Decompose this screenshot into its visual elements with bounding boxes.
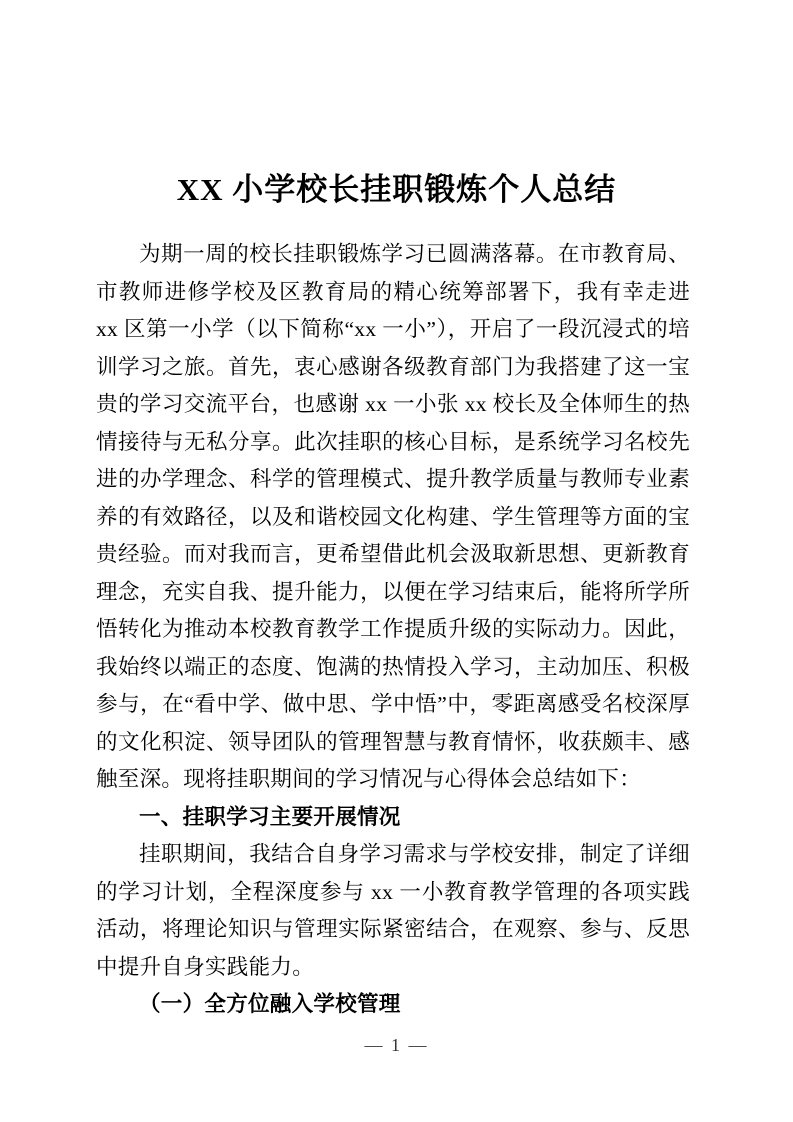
document-page: XX 小学校长挂职锻炼个人总结 为期一周的校长挂职锻炼学习已圆满落幕。在市教育局… (0, 0, 793, 1122)
page-number: — 1 — (0, 1033, 793, 1057)
subsection-heading-1-1: （一）全方位融入学校管理 (96, 986, 690, 1024)
document-body: 为期一周的校长挂职锻炼学习已圆满落幕。在市教育局、市教师进修学校及区教育局的精心… (96, 236, 690, 1024)
paragraph-section-1: 挂职期间，我结合自身学习需求与学校安排，制定了详细的学习计划，全程深度参与 xx… (96, 836, 690, 986)
section-heading-1: 一、挂职学习主要开展情况 (96, 799, 690, 837)
document-title: XX 小学校长挂职锻炼个人总结 (0, 169, 793, 211)
paragraph-intro: 为期一周的校长挂职锻炼学习已圆满落幕。在市教育局、市教师进修学校及区教育局的精心… (96, 236, 690, 799)
